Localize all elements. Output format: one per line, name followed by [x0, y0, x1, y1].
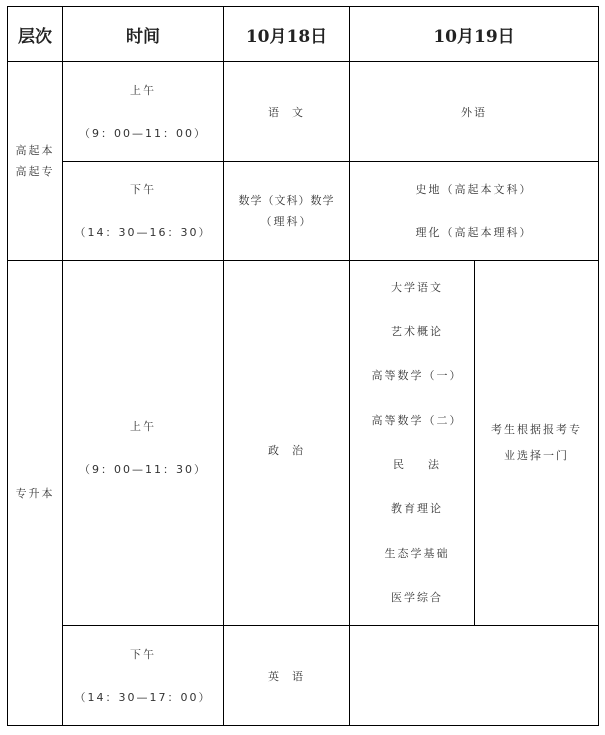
table-row: 下午 （14：30—17：00） 英 语 [8, 626, 599, 726]
time-range: （9：00—11：30） [63, 464, 223, 475]
day2-empty [350, 626, 599, 726]
level-label: 高起专 [8, 166, 62, 177]
day1-subject: 语 文 [224, 62, 350, 162]
table-row: 专升本 上午 （9：00—11：30） 政 治 大学语文 艺术概论 高等数学（一… [8, 261, 599, 626]
time-cell: 下午 （14：30—16：30） [63, 162, 224, 261]
period-label: 下午 [63, 649, 223, 660]
table-row: 高起本 高起专 上午 （9：00—11：00） 语 文 外语 [8, 62, 599, 162]
time-range: （9：00—11：00） [63, 128, 223, 139]
day1-subject: 英 语 [224, 626, 350, 726]
day1-subject: 数学（文科）数学 （理科） [224, 162, 350, 261]
day1-subject: 政 治 [224, 261, 350, 626]
header-day2: 10月19日 [350, 7, 599, 62]
day2-subject: 外语 [350, 62, 599, 162]
time-cell: 上午 （9：00—11：00） [63, 62, 224, 162]
list-item: 民 法 [360, 443, 474, 487]
time-cell: 下午 （14：30—17：00） [63, 626, 224, 726]
list-item: 医学综合 [360, 576, 474, 620]
period-label: 上午 [63, 421, 223, 432]
header-level: 层次 [8, 7, 63, 62]
selection-note: 考生根据报考专 业选择一门 [475, 261, 599, 626]
time-range: （14：30—17：00） [63, 692, 223, 703]
list-item: 艺术概论 [360, 310, 474, 354]
level-cell-zhuanshengben: 专升本 [8, 261, 63, 726]
level-cell-gaoqi: 高起本 高起专 [8, 62, 63, 261]
time-range: （14：30—16：30） [63, 227, 223, 238]
list-item: 高等数学（一） [360, 354, 474, 398]
level-label: 高起本 [8, 145, 62, 156]
list-item: 生态学基础 [360, 532, 474, 576]
day2-subject: 史地（高起本文科） 理化（高起本理科） [350, 162, 599, 261]
period-label: 下午 [63, 184, 223, 195]
table-row: 下午 （14：30—16：30） 数学（文科）数学 （理科） 史地（高起本文科）… [8, 162, 599, 261]
list-item: 教育理论 [360, 487, 474, 531]
list-item: 大学语文 [360, 266, 474, 310]
header-row: 层次 时间 10月18日 10月19日 [8, 7, 599, 62]
time-cell: 上午 （9：00—11：30） [63, 261, 224, 626]
header-day1: 10月18日 [224, 7, 350, 62]
exam-schedule-table: 层次 时间 10月18日 10月19日 高起本 高起专 上午 （9：00—11：… [7, 6, 599, 726]
day2-subject-list: 大学语文 艺术概论 高等数学（一） 高等数学（二） 民 法 教育理论 生态学基础… [350, 261, 475, 626]
list-item: 高等数学（二） [360, 399, 474, 443]
header-time: 时间 [63, 7, 224, 62]
period-label: 上午 [63, 85, 223, 96]
